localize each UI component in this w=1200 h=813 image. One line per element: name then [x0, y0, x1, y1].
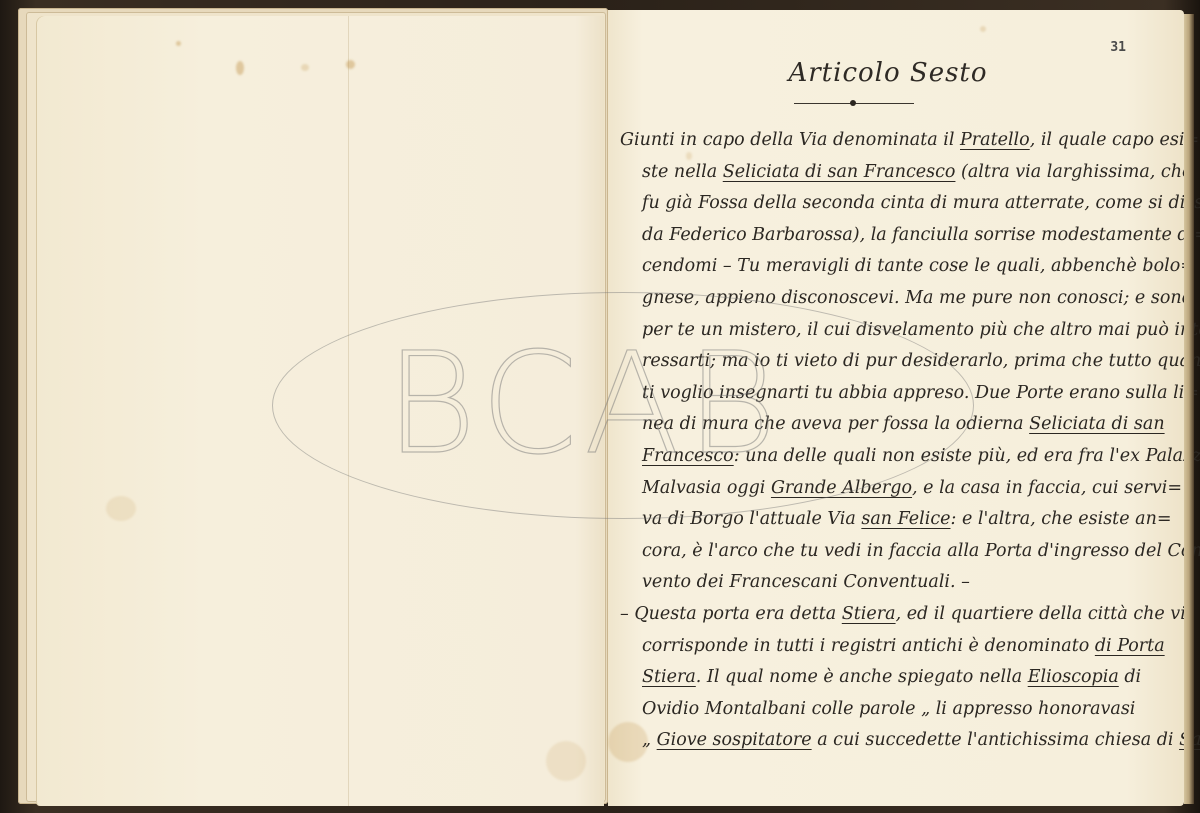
underlined-text: Seliciata di san Francesco — [723, 162, 956, 182]
text-span: (altra via larghissima, che — [955, 162, 1192, 182]
stain — [236, 61, 244, 75]
text-span: corrisponde in tutti i registri antichi … — [642, 636, 1095, 656]
stain — [546, 741, 586, 781]
right-page-edge — [1184, 14, 1194, 804]
text-span: : una delle quali non esiste più, ed era… — [734, 446, 1200, 466]
text-span: fu già Fossa della seconda cinta di mura… — [642, 193, 1200, 213]
text-span: da Federico Barbarossa), la fanciulla so… — [642, 225, 1200, 245]
text-span: Ovidio Montalbani colle parole „ li appr… — [642, 699, 1135, 719]
text-span: , e la casa in faccia, cui servi= — [912, 478, 1182, 498]
text-line: da Federico Barbarossa), la fanciulla so… — [620, 220, 1175, 252]
left-page — [36, 16, 604, 806]
underlined-text: Pratello — [960, 130, 1030, 150]
chapter-title: Articolo Sesto — [778, 58, 998, 88]
text-span: ti voglio insegnarti tu abbia appreso. D… — [642, 383, 1199, 403]
text-span: „ — [642, 730, 657, 750]
text-line: cora, è l'arco che tu vedi in faccia all… — [620, 536, 1175, 568]
text-line: corrisponde in tutti i registri antichi … — [620, 631, 1175, 663]
text-line: gnese, appieno disconoscevi. Ma me pure … — [620, 283, 1175, 315]
text-line: Giunti in capo della Via denominata il P… — [620, 125, 1175, 157]
stain — [176, 41, 181, 46]
text-line: Ovidio Montalbani colle parole „ li appr… — [620, 694, 1175, 726]
text-span: gnese, appieno disconoscevi. Ma me pure … — [642, 288, 1192, 308]
text-span: vento dei Francescani Conventuali. – — [642, 572, 970, 592]
text-line: cendomi – Tu meravigli di tante cose le … — [620, 251, 1175, 283]
left-page-fold — [348, 16, 349, 806]
underlined-text: Giove sospitatore — [657, 730, 812, 750]
stain — [980, 26, 986, 32]
text-span: nea di mura che aveva per fossa la odier… — [642, 414, 1029, 434]
underlined-text: Stiera — [642, 667, 696, 687]
text-span: Giunti in capo della Via denominata il — [620, 130, 960, 150]
text-line: Stiera. Il qual nome è anche spiegato ne… — [620, 662, 1175, 694]
underlined-text: Stiera — [842, 604, 896, 624]
text-span: : e l'altra, che esiste an= — [951, 509, 1172, 529]
text-line: ressarti; ma io ti vieto di pur desidera… — [620, 346, 1175, 378]
stain — [106, 496, 136, 521]
text-line: vento dei Francescani Conventuali. – — [620, 567, 1175, 599]
text-line: – Questa porta era detta Stiera, ed il q… — [620, 599, 1175, 631]
right-page: 31 Articolo Sesto Giunti in capo della V… — [608, 10, 1184, 806]
text-span: di — [1119, 667, 1141, 687]
text-line: ste nella Seliciata di san Francesco (al… — [620, 157, 1175, 189]
text-span: , ed il quartiere della città che vi — [896, 604, 1186, 624]
stain — [346, 60, 355, 69]
text-line: fu già Fossa della seconda cinta di mura… — [620, 188, 1175, 220]
text-span: cora, è l'arco che tu vedi in faccia all… — [642, 541, 1200, 561]
text-line: ti voglio insegnarti tu abbia appreso. D… — [620, 378, 1175, 410]
text-span: – Questa porta era detta — [620, 604, 842, 624]
stain — [301, 64, 309, 71]
text-span: Malvasia oggi — [642, 478, 771, 498]
text-span: . Il qual nome è anche spiegato nella — [696, 667, 1028, 687]
text-span: va di Borgo l'attuale Via — [642, 509, 861, 529]
text-line: Malvasia oggi Grande Albergo, e la casa … — [620, 473, 1175, 505]
underlined-text: Francesco — [642, 446, 734, 466]
text-span: ressarti; ma io ti vieto di pur desidera… — [642, 351, 1200, 371]
manuscript-text: Giunti in capo della Via denominata il P… — [620, 125, 1175, 757]
text-line: per te un mistero, il cui disvelamento p… — [620, 315, 1175, 347]
underlined-text: Seliciata di san — [1029, 414, 1164, 434]
text-span: cendomi – Tu meravigli di tante cose le … — [642, 256, 1195, 276]
underlined-text: di Porta — [1095, 636, 1165, 656]
text-line: va di Borgo l'attuale Via san Felice: e … — [620, 504, 1175, 536]
text-span: per te un mistero, il cui disvelamento p… — [642, 320, 1200, 340]
text-span: ste nella — [642, 162, 723, 182]
underlined-text: san Felice — [861, 509, 950, 529]
text-span: a cui succedette l'antichissima chiesa d… — [812, 730, 1179, 750]
underlined-text: Grande Albergo — [771, 478, 912, 498]
underlined-text: Elioscopia — [1028, 667, 1119, 687]
title-ornament-dot — [850, 100, 856, 106]
text-line: Francesco: una delle quali non esiste pi… — [620, 441, 1175, 473]
text-line: nea di mura che aveva per fossa la odier… — [620, 409, 1175, 441]
text-span: , il quale capo esi= — [1030, 130, 1199, 150]
text-line: „ Giove sospitatore a cui succedette l'a… — [620, 725, 1175, 757]
page-number: 31 — [1110, 40, 1126, 55]
